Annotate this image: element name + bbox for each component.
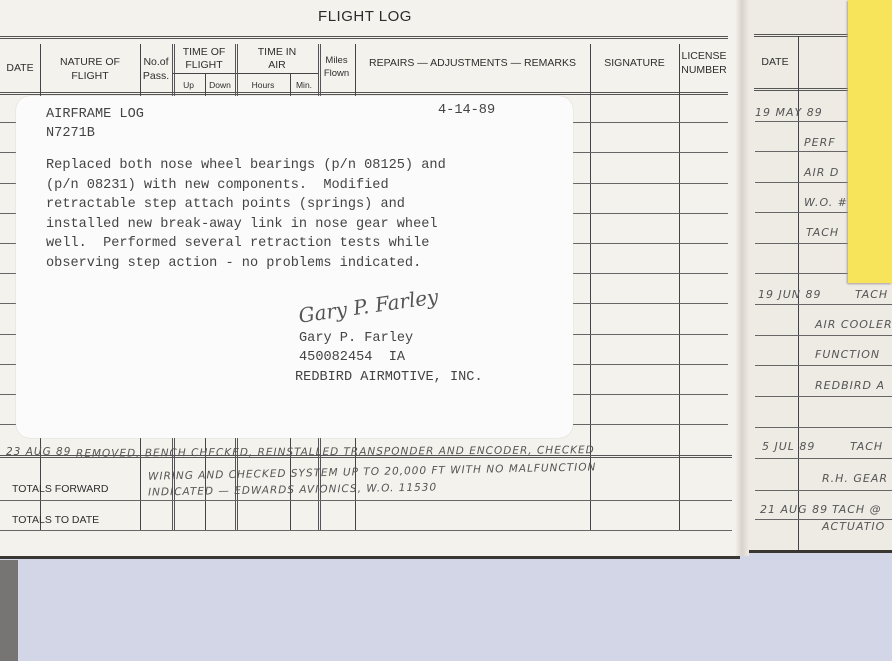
col-time-of-flight-2: FLIGHT <box>172 59 236 72</box>
right-entry-text: AIR COOLER <box>815 318 892 331</box>
right-entry-date: 19 JUN 89 <box>758 288 822 301</box>
totals-to-date-label: TOTALS TO DATE <box>12 514 99 526</box>
right-col-date: DATE <box>752 56 798 69</box>
totals-forward-label: TOTALS FORWARD <box>12 483 108 495</box>
col-min: Min. <box>290 80 318 90</box>
book-gutter <box>735 0 749 556</box>
handwritten-signature: Gary P. Farley <box>297 284 440 327</box>
card-body-line: installed new break-away link in nose ge… <box>46 215 438 235</box>
row-rule <box>0 530 732 531</box>
col-miles-2: Flown <box>318 69 355 79</box>
right-entry-text: TACH @ <box>832 503 882 516</box>
col-signature: SIGNATURE <box>590 57 679 70</box>
card-tail-number: N7271B <box>46 124 95 144</box>
card-date: 4-14-89 <box>438 101 495 121</box>
right-entry-text: TACH <box>855 288 888 301</box>
subheader-rule <box>172 73 318 74</box>
row-rule <box>755 365 892 366</box>
right-entry-text: PERF <box>804 136 836 149</box>
col-nature-2: FLIGHT <box>40 70 140 83</box>
right-entry-text: ACTUATIO <box>822 520 885 533</box>
header-top-rule <box>0 36 728 39</box>
right-entry-date: 19 MAY 89 <box>755 106 823 119</box>
col-time-in-air-2: AIR <box>236 59 318 72</box>
right-entry-date: 21 AUG 89 <box>760 503 828 516</box>
book-spine-edge <box>0 560 18 661</box>
col-miles-1: Miles <box>318 56 355 66</box>
col-remarks: REPAIRS — ADJUSTMENTS — REMARKS <box>355 57 590 70</box>
right-entry-text: R.H. GEAR <box>822 472 888 485</box>
company-name: REDBIRD AIRMOTIVE, INC. <box>295 368 483 388</box>
header-bottom-rule <box>0 92 728 95</box>
col-up: Up <box>172 80 205 90</box>
col-license-2: NUMBER <box>679 64 729 77</box>
col-nature-1: NATURE OF <box>40 56 140 69</box>
col-time-of-flight-1: TIME OF <box>172 46 236 59</box>
row-rule <box>0 500 732 501</box>
right-entry-text: FUNCTION <box>815 348 880 361</box>
col-license-1: LICENSE <box>679 50 729 63</box>
row-rule <box>755 304 892 305</box>
right-entry-date: 5 JUL 89 <box>762 440 815 453</box>
row-rule <box>755 396 892 397</box>
row-rule <box>755 427 892 428</box>
col-hours: Hours <box>236 80 290 90</box>
card-header: AIRFRAME LOG <box>46 105 144 125</box>
handwritten-date: 23 AUG 89 <box>6 446 71 458</box>
airframe-log-card: AIRFRAME LOG N7271B 4-14-89 Replaced bot… <box>16 96 573 438</box>
row-rule <box>755 490 892 491</box>
card-body-line: well. Performed several retraction tests… <box>46 234 429 254</box>
right-entry-text: AIR D <box>804 166 839 179</box>
sticky-note[interactable] <box>848 0 892 283</box>
card-body-line: (p/n 08231) with new components. Modifie… <box>46 176 389 196</box>
row-rule <box>755 335 892 336</box>
right-entry-text: TACH <box>806 226 839 239</box>
col-down: Down <box>205 80 235 90</box>
card-body-line: retractable step attach points (springs)… <box>46 195 405 215</box>
col-date: DATE <box>0 62 40 75</box>
col-time-in-air-1: TIME IN <box>236 46 318 59</box>
row-rule <box>755 458 892 459</box>
signer-name: Gary P. Farley <box>299 329 413 349</box>
card-body-line: Replaced both nose wheel bearings (p/n 0… <box>46 156 446 176</box>
right-entry-text: TACH <box>850 440 883 453</box>
signer-license: 450082454 IA <box>299 348 405 368</box>
col-passengers-2: Pass. <box>140 70 172 83</box>
card-body-line: observing step action - no problems indi… <box>46 254 421 274</box>
page-title: FLIGHT LOG <box>300 8 430 25</box>
right-entry-text: REDBIRD A <box>815 379 885 392</box>
col-passengers-1: No.of <box>140 56 172 69</box>
right-entry-text: W.O. # <box>804 196 848 209</box>
